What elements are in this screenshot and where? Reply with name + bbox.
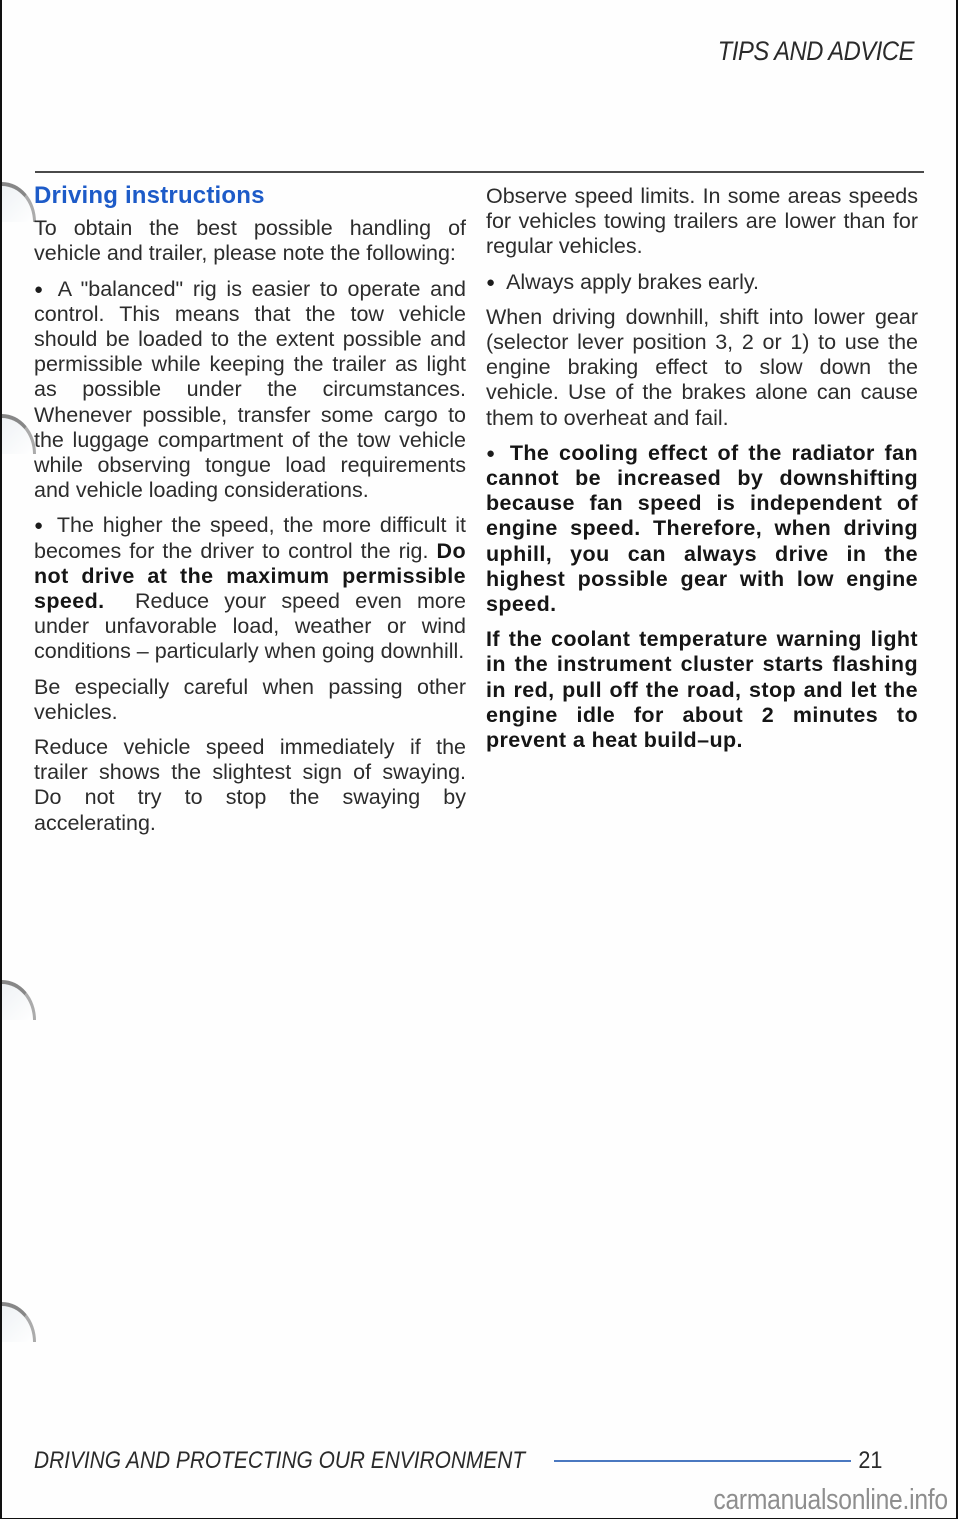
bullet-text: A "balanced" rig is easier to operate an… — [34, 277, 466, 503]
downhill-paragraph: When driving downhill, shift into lower … — [486, 305, 918, 431]
coolant-warning-paragraph: If the coolant temperature warning light… — [486, 627, 918, 753]
page-number: 21 — [859, 1447, 883, 1475]
punch-hole-decoration — [2, 1302, 36, 1342]
punch-hole-decoration — [2, 414, 36, 454]
footer-divider — [554, 1460, 851, 1462]
bullet-balanced-rig: A "balanced" rig is easier to operate an… — [34, 277, 466, 504]
bullet-text: Always apply brakes early. — [506, 270, 759, 294]
manual-page: TIPS AND ADVICE Driving instructions To … — [0, 0, 958, 1519]
speed-limits-paragraph: Observe speed limits. In some areas spee… — [486, 184, 918, 260]
punch-hole-decoration — [2, 980, 36, 1020]
watermark: carmanualsonline.info — [714, 1484, 948, 1517]
section-heading: Driving instructions — [34, 183, 466, 208]
bullet-speed: The higher the speed, the more difficult… — [34, 513, 466, 664]
punch-hole-decoration — [2, 182, 36, 222]
right-column: Observe speed limits. In some areas spee… — [486, 184, 918, 763]
swaying-paragraph: Reduce vehicle speed immediately if the … — [34, 735, 466, 836]
footer-section-title: DRIVING AND PROTECTING OUR ENVIRONMENT — [34, 1447, 486, 1475]
bullet-text: The cooling effect of the radiator fan c… — [486, 441, 918, 616]
intro-paragraph: To obtain the best possible handling of … — [34, 216, 466, 266]
bullet-cooling-fan: The cooling effect of the radiator fan c… — [486, 441, 918, 617]
page-footer: DRIVING AND PROTECTING OUR ENVIRONMENT 2… — [34, 1447, 884, 1475]
passing-paragraph: Be especially careful when passing other… — [34, 675, 466, 725]
header-divider — [35, 171, 924, 173]
left-column: Driving instructions To obtain the best … — [34, 180, 466, 846]
bullet-brakes: Always apply brakes early. — [486, 270, 918, 295]
running-head: TIPS AND ADVICE — [718, 36, 914, 67]
bullet-text: The higher the speed, the more difficult… — [34, 513, 466, 562]
